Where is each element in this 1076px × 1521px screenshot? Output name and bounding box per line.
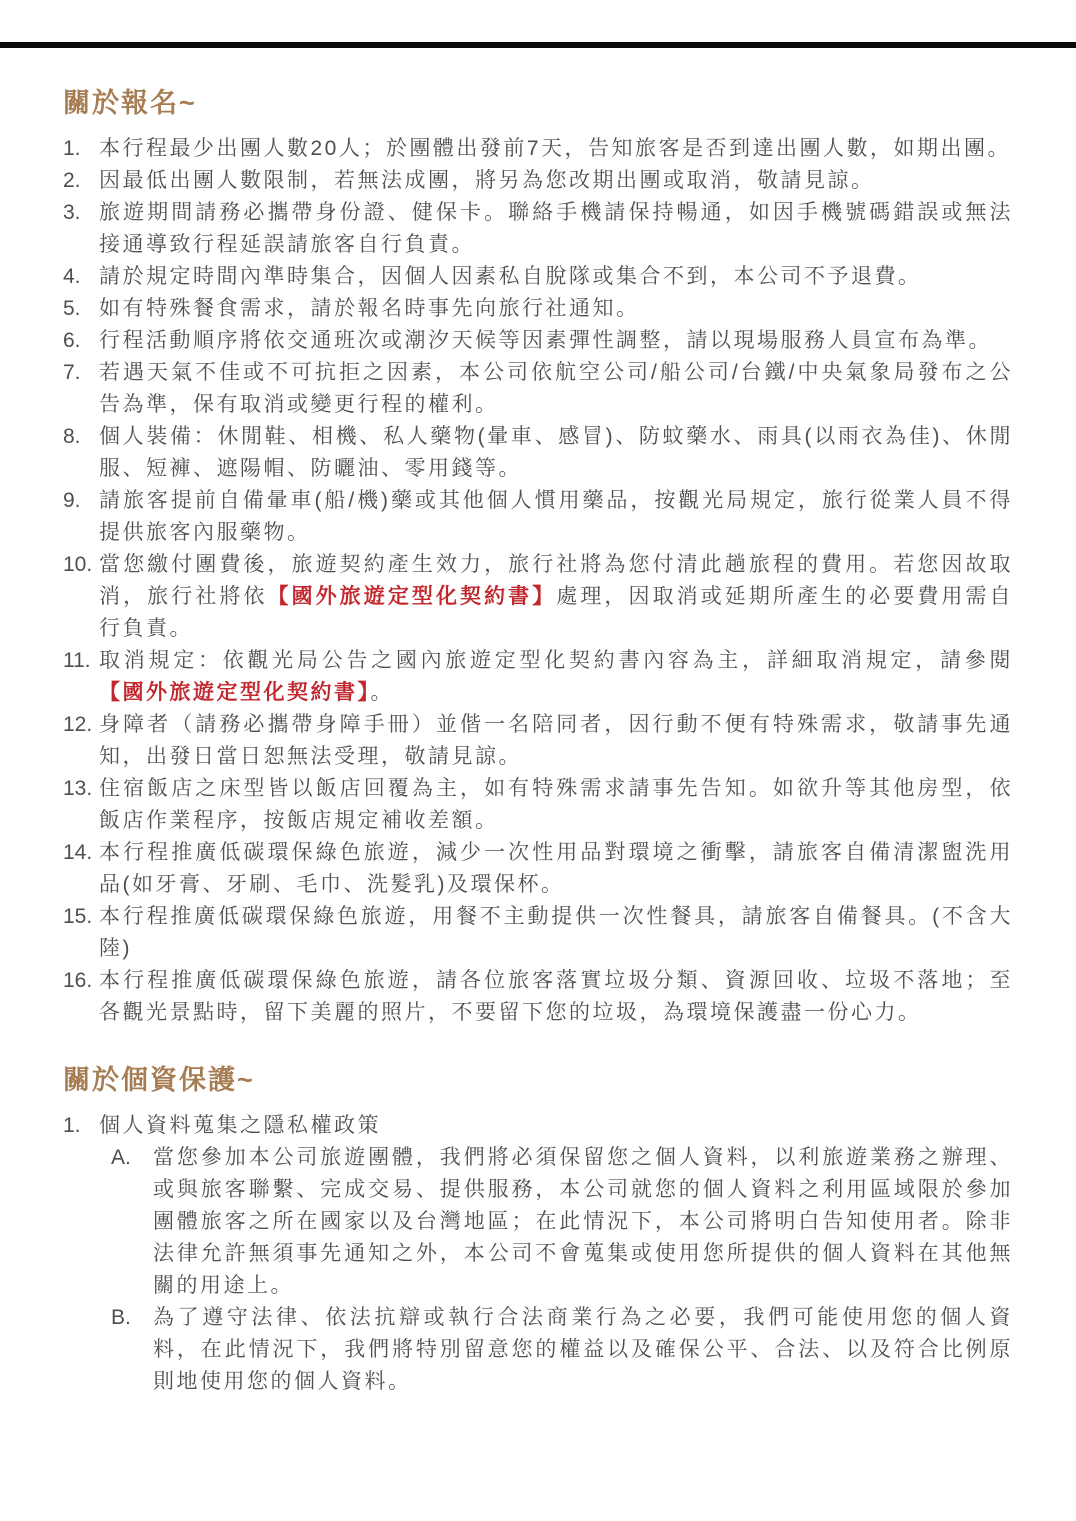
term-text: 身障者（請務必攜帶身障手冊）並偕一名陪同者，因行動不便有特殊需求，敬請事先通知，… <box>99 713 1013 768</box>
term-item: 個人資料蒐集之隱私權政策當您參加本公司旅遊團體，我們將必須保留您之個人資料，以利… <box>63 1110 1013 1398</box>
term-item: 若遇天氣不佳或不可抗拒之因素，本公司依航空公司/船公司/台鐵/中央氣象局發布之公… <box>63 357 1013 421</box>
term-text: 本行程最少出團人數20人；於團體出發前7天，告知旅客是否到達出團人數，如期出團。 <box>99 137 1011 160</box>
term-item: 本行程推廣低碳環保綠色旅遊，減少一次性用品對環境之衝擊，請旅客自備清潔盥洗用品(… <box>63 837 1013 901</box>
term-item: 因最低出團人數限制，若無法成團，將另為您改期出團或取消，敬請見諒。 <box>63 165 1013 197</box>
term-item: 身障者（請務必攜帶身障手冊）並偕一名陪同者，因行動不便有特殊需求，敬請事先通知，… <box>63 709 1013 773</box>
term-item: 本行程推廣低碳環保綠色旅遊，請各位旅客落實垃圾分類、資源回收、垃圾不落地；至各觀… <box>63 965 1013 1029</box>
term-item: 行程活動順序將依交通班次或潮汐天候等因素彈性調整，請以現場服務人員宣布為準。 <box>63 325 1013 357</box>
term-item: 住宿飯店之床型皆以飯店回覆為主，如有特殊需求請事先告知。如欲升等其他房型，依飯店… <box>63 773 1013 837</box>
term-text: 當您參加本公司旅遊團體，我們將必須保留您之個人資料，以利旅遊業務之辦理、或與旅客… <box>153 1146 1013 1297</box>
contract-name-emphasis: 【國外旅遊定型化契約書】 <box>267 585 556 608</box>
term-text: 為了遵守法律、依法抗辯或執行合法商業行為之必要，我們可能使用您的個人資料，在此情… <box>153 1306 1013 1393</box>
term-text: 請於規定時間內準時集合，因個人因素私自脫隊或集合不到，本公司不予退費。 <box>99 265 922 288</box>
registration-terms-list: 本行程最少出團人數20人；於團體出發前7天，告知旅客是否到達出團人數，如期出團。… <box>63 133 1013 1029</box>
term-text: 若遇天氣不佳或不可抗拒之因素，本公司依航空公司/船公司/台鐵/中央氣象局發布之公… <box>99 361 1013 416</box>
term-item: 請於規定時間內準時集合，因個人因素私自脫隊或集合不到，本公司不予退費。 <box>63 261 1013 293</box>
term-item: 本行程最少出團人數20人；於團體出發前7天，告知旅客是否到達出團人數，如期出團。 <box>63 133 1013 165</box>
privacy-sublist: 當您參加本公司旅遊團體，我們將必須保留您之個人資料，以利旅遊業務之辦理、或與旅客… <box>111 1142 1013 1398</box>
term-text: 個人裝備：休閒鞋、相機、私人藥物(暈車、感冒)、防蚊藥水、雨具(以雨衣為佳)、休… <box>99 425 1013 480</box>
content-area: 關於報名~ 本行程最少出團人數20人；於團體出發前7天，告知旅客是否到達出團人數… <box>63 48 1013 1398</box>
term-item: 取消規定：依觀光局公告之國內旅遊定型化契約書內容為主，詳細取消規定，請參閱【國外… <box>63 645 1013 709</box>
term-item: 如有特殊餐食需求，請於報名時事先向旅行社通知。 <box>63 293 1013 325</box>
term-text: 如有特殊餐食需求，請於報名時事先向旅行社通知。 <box>99 297 640 320</box>
privacy-subitem: 為了遵守法律、依法抗辯或執行合法商業行為之必要，我們可能使用您的個人資料，在此情… <box>111 1302 1013 1398</box>
term-item: 旅遊期間請務必攜帶身份證、健保卡。聯絡手機請保持暢通，如因手機號碼錯誤或無法接通… <box>63 197 1013 261</box>
term-item: 當您繳付團費後，旅遊契約產生效力，旅行社將為您付清此趟旅程的費用。若您因故取消，… <box>63 549 1013 645</box>
term-text: 個人資料蒐集之隱私權政策 <box>99 1114 381 1137</box>
term-item: 本行程推廣低碳環保綠色旅遊，用餐不主動提供一次性餐具，請旅客自備餐具。(不含大陸… <box>63 901 1013 965</box>
section-registration: 關於報名~ 本行程最少出團人數20人；於團體出發前7天，告知旅客是否到達出團人數… <box>63 86 1013 1029</box>
term-text: 因最低出團人數限制，若無法成團，將另為您改期出團或取消，敬請見諒。 <box>99 169 875 192</box>
privacy-terms-list: 個人資料蒐集之隱私權政策當您參加本公司旅遊團體，我們將必須保留您之個人資料，以利… <box>63 1110 1013 1398</box>
privacy-subitem: 當您參加本公司旅遊團體，我們將必須保留您之個人資料，以利旅遊業務之辦理、或與旅客… <box>111 1142 1013 1302</box>
term-text: 取消規定：依觀光局公告之國內旅遊定型化契約書內容為主，詳細取消規定，請參閱 <box>99 649 1013 672</box>
term-text: 本行程推廣低碳環保綠色旅遊，減少一次性用品對環境之衝擊，請旅客自備清潔盥洗用品(… <box>99 841 1013 896</box>
term-text: 。 <box>371 681 395 704</box>
term-text: 住宿飯店之床型皆以飯店回覆為主，如有特殊需求請事先告知。如欲升等其他房型，依飯店… <box>99 777 1013 832</box>
term-text: 旅遊期間請務必攜帶身份證、健保卡。聯絡手機請保持暢通，如因手機號碼錯誤或無法接通… <box>99 201 1013 256</box>
privacy-section-title: 關於個資保護~ <box>63 1063 1013 1097</box>
term-text: 請旅客提前自備暈車(船/機)藥或其他個人慣用藥品，按觀光局規定，旅行從業人員不得… <box>99 489 1013 544</box>
term-item: 個人裝備：休閒鞋、相機、私人藥物(暈車、感冒)、防蚊藥水、雨具(以雨衣為佳)、休… <box>63 421 1013 485</box>
section-privacy: 關於個資保護~ 個人資料蒐集之隱私權政策當您參加本公司旅遊團體，我們將必須保留您… <box>63 1063 1013 1398</box>
term-text: 本行程推廣低碳環保綠色旅遊，請各位旅客落實垃圾分類、資源回收、垃圾不落地；至各觀… <box>99 969 1013 1024</box>
term-text: 本行程推廣低碳環保綠色旅遊，用餐不主動提供一次性餐具，請旅客自備餐具。(不含大陸… <box>99 905 1013 960</box>
term-text: 行程活動順序將依交通班次或潮汐天候等因素彈性調整，請以現場服務人員宣布為準。 <box>99 329 992 352</box>
term-item: 請旅客提前自備暈車(船/機)藥或其他個人慣用藥品，按觀光局規定，旅行從業人員不得… <box>63 485 1013 549</box>
registration-section-title: 關於報名~ <box>63 86 1013 120</box>
contract-name-emphasis: 【國外旅遊定型化契約書】 <box>99 681 371 704</box>
